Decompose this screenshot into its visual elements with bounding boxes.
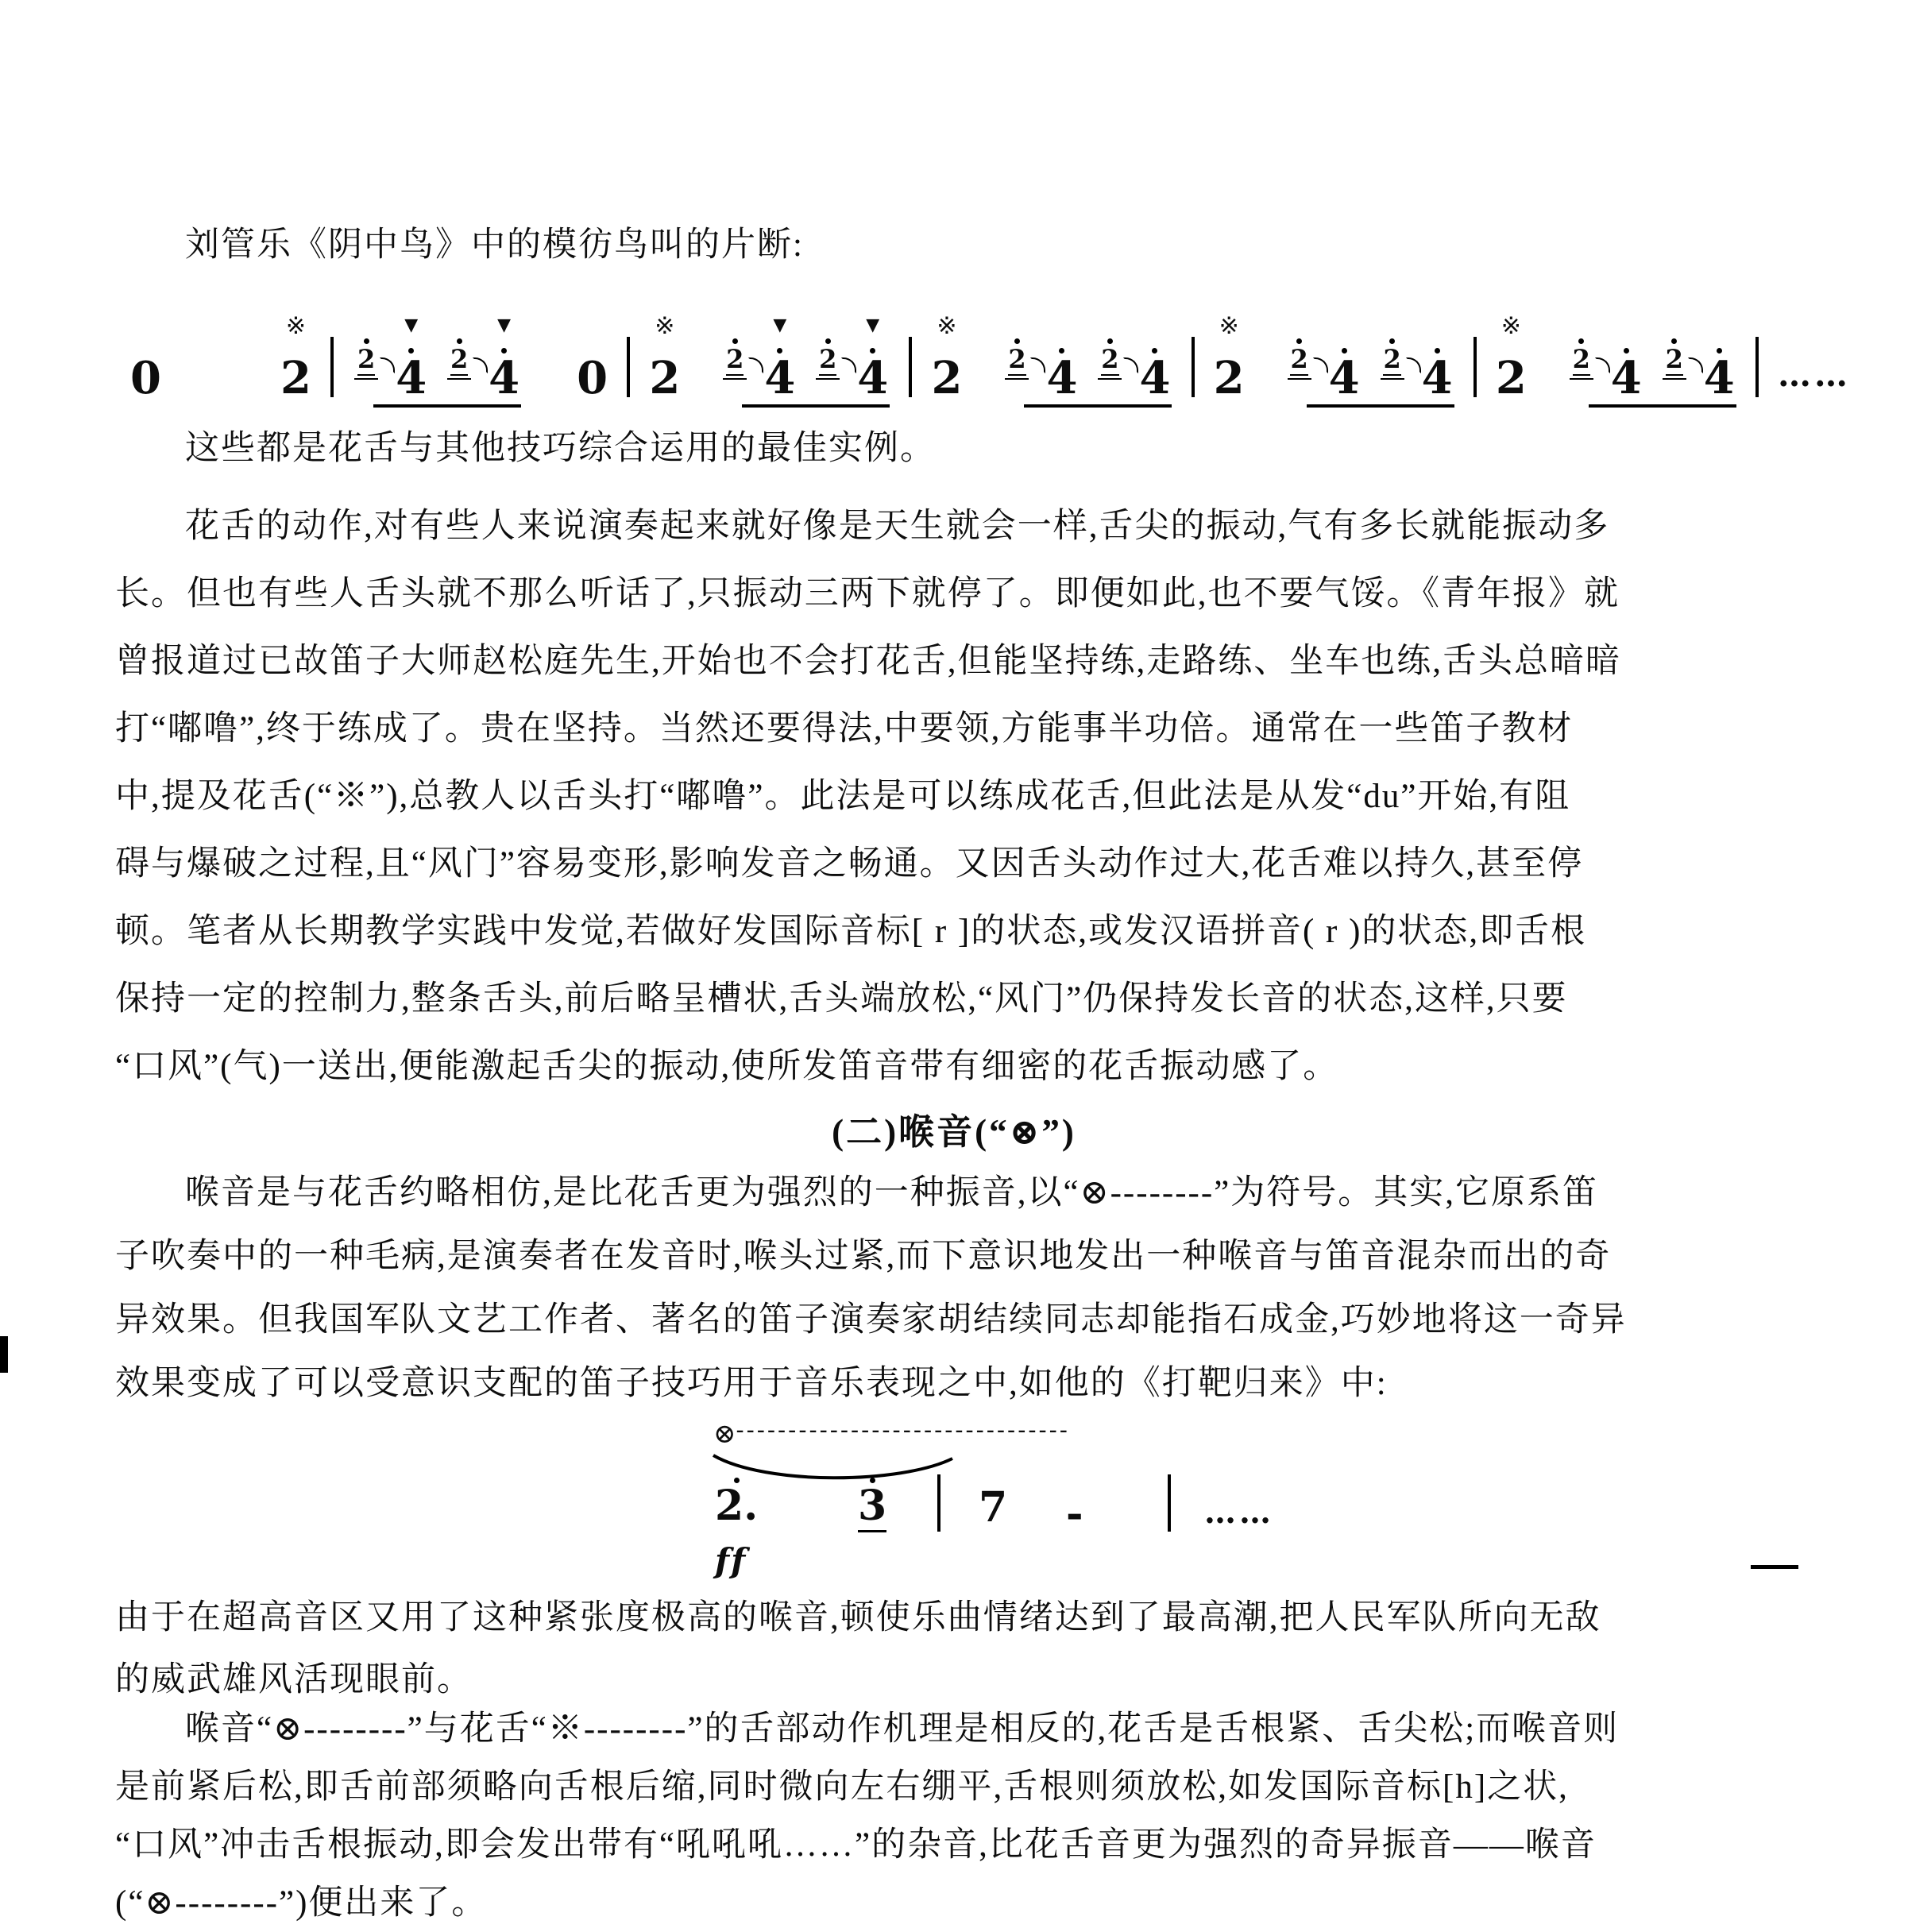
grace-note: 2 xyxy=(1663,338,1686,380)
grace-note: 2 xyxy=(1381,338,1404,380)
dash-extension-line: -------------------------------- xyxy=(736,1419,1070,1443)
grace-underline xyxy=(354,378,378,380)
octave-dot-icon xyxy=(1296,338,1302,344)
grace-note-beat: 2 4 2 4 xyxy=(1568,348,1736,400)
measure-6: ※ 2 2 4 2 4 xyxy=(1496,348,1736,400)
slur-icon xyxy=(1406,357,1421,373)
grace-note-beat: 2 ▼4 2 ▼4 xyxy=(721,348,890,400)
scanned-document-page: 刘管乐《阴中鸟》中的模彷鸟叫的片断: 0 ※ 2 2 ▼4 2 xyxy=(0,0,1908,1932)
text-line: 曾报道过已故笛子大师赵松庭先生,开始也不会打花舌,但能坚持练,走路练、坐车也练,… xyxy=(115,628,1807,695)
grace-underline xyxy=(447,378,471,380)
paragraph-flutter-tongue: 花舌的动作,对有些人来说演奏起来就好像是天生就会一样,舌尖的振动,气有多长就能振… xyxy=(115,493,1807,1100)
grace-underline xyxy=(816,378,840,380)
grace-underline xyxy=(1005,378,1029,380)
grace-group: 2 4 xyxy=(1570,348,1642,400)
text-line: 花舌的动作,对有些人来说演奏起来就好像是天生就会一样,舌尖的振动,气有多长就能振… xyxy=(115,493,1807,560)
slur-icon xyxy=(1595,357,1610,373)
grace-note: 2 xyxy=(1288,338,1311,380)
throat-sound-mark: ⊗ xyxy=(713,1420,736,1447)
octave-dot-icon xyxy=(1578,338,1584,344)
slur-icon xyxy=(1313,357,1328,373)
note-flutter: ※ 2 xyxy=(1496,356,1527,400)
grace-group: 2 ▼4 xyxy=(447,348,519,400)
measure-3: ※ 2 2 ▼4 2 ▼4 xyxy=(649,348,890,400)
text-line: 喉音“⊗--------”与花舌“※--------”的舌部动作机理是相反的,花… xyxy=(115,1700,1807,1758)
grace-group: 2 ▼4 xyxy=(354,348,427,400)
paragraph-comparison: 喉音“⊗--------”与花舌“※--------”的舌部动作机理是相反的,花… xyxy=(115,1700,1807,1932)
octave-dot-icon xyxy=(364,338,369,344)
accent-mark: ▼ xyxy=(404,316,418,334)
barline xyxy=(1168,1474,1171,1532)
score-birdcall: 0 ※ 2 2 ▼4 2 ▼4 0 xyxy=(119,292,1851,412)
text-line: 由于在超高音区又用了这种紧张度极高的喉音,顿使乐曲情绪达到了最高潮,把人民军队所… xyxy=(115,1587,1807,1649)
main-note: 4 xyxy=(1422,348,1453,400)
score-target-return: ⊗-------------------------------- 2. 3 7… xyxy=(699,1420,1303,1587)
grace-group: 2 ▼4 xyxy=(816,348,888,400)
grace-underline xyxy=(1663,378,1686,380)
grace-underline xyxy=(1288,378,1311,380)
text-line: 是前紧后松,即舌前部须略向舌根后缩,同时微向左右绷平,舌根则须放松,如发国际音标… xyxy=(115,1758,1807,1816)
slur-icon xyxy=(1688,357,1703,373)
measure-4: ※ 2 2 4 2 4 xyxy=(932,348,1172,400)
accent-mark: ▼ xyxy=(866,316,879,334)
measure-5: ※ 2 2 4 2 4 xyxy=(1214,348,1454,400)
main-note: ▼4 xyxy=(857,348,888,400)
measure-2: 2 ▼4 2 ▼4 0 xyxy=(353,348,608,400)
text-line: 碍与爆破之过程,且“风门”容易变形,影响发音之畅通。又因舌头动作过大,花舌难以持… xyxy=(115,830,1807,898)
octave-dot-icon xyxy=(1389,338,1395,344)
grace-group: 2 4 xyxy=(1663,348,1735,400)
flutter-tongue-mark: ※ xyxy=(286,315,306,338)
text-line: 中,提及花舌(“※”),总教人以舌头打“嘟噜”。此法是可以练成花舌,但此法是从发… xyxy=(115,763,1807,830)
grace-underline xyxy=(1098,378,1122,380)
main-note: 4 xyxy=(1046,348,1077,400)
text-line: “口风”冲击舌根振动,即会发出带有“吼吼吼……”的杂音,比花舌音更为强烈的奇异振… xyxy=(115,1816,1807,1874)
grace-group: 2 ▼4 xyxy=(723,348,795,400)
flutter-tongue-mark: ※ xyxy=(1219,315,1239,338)
scan-edge-mark xyxy=(0,1336,8,1373)
octave-dot-icon xyxy=(1671,338,1677,344)
slur-icon xyxy=(1123,357,1138,373)
octave-dot-icon xyxy=(457,338,462,344)
paragraph-climax: 由于在超高音区又用了这种紧张度极高的喉音,顿使乐曲情绪达到了最高潮,把人民军队所… xyxy=(115,1587,1807,1711)
grace-group: 2 4 xyxy=(1381,348,1453,400)
note-flutter: ※ 2 xyxy=(280,356,311,400)
octave-dot-icon xyxy=(732,338,738,344)
main-note: ▼4 xyxy=(396,348,427,400)
grace-note: 2 xyxy=(447,338,471,380)
main-note: ▼4 xyxy=(764,348,795,400)
main-note: ▼4 xyxy=(489,348,519,400)
scan-stray-dash xyxy=(1751,1565,1798,1569)
accent-mark: ▼ xyxy=(497,316,511,334)
slur-icon xyxy=(1030,357,1045,373)
text-line: (“⊗--------”)便出来了。 xyxy=(115,1874,1807,1932)
held-note-dash: - xyxy=(1066,1493,1083,1535)
grace-note-beat: 2 ▼4 2 ▼4 xyxy=(353,348,521,400)
grace-note-beat: 2 4 2 4 xyxy=(1286,348,1454,400)
note-2-dotted: 2. xyxy=(715,1478,758,1527)
octave-dot-icon xyxy=(1107,338,1113,344)
grace-underline xyxy=(1381,378,1404,380)
grace-group: 2 4 xyxy=(1288,348,1360,400)
main-note: 4 xyxy=(1704,348,1735,400)
note-3: 3 xyxy=(858,1478,886,1532)
barline xyxy=(1192,337,1195,397)
intro-line: 刘管乐《阴中鸟》中的模彷鸟叫的片断: xyxy=(115,224,1877,267)
text-line: 长。但也有些人舌头就不那么听话了,只振动三两下就停了。即便如此,也不要气馁。《青… xyxy=(115,560,1807,628)
flutter-tongue-mark: ※ xyxy=(1501,315,1521,338)
score-ellipsis: …… xyxy=(1204,1493,1274,1531)
text-line: 顿。笔者从长期教学实践中发觉,若做好发国际音标[ r ]的状态,或发汉语拼音( … xyxy=(115,898,1807,965)
note-rest: 0 xyxy=(577,356,608,400)
barline xyxy=(1755,337,1759,397)
flutter-tongue-mark: ※ xyxy=(655,315,674,338)
text-line: 异效果。但我国军队文艺工作者、著名的笛子演奏家胡结续同志却能指石成金,巧妙地将这… xyxy=(115,1289,1807,1352)
main-note: 4 xyxy=(1611,348,1642,400)
barline xyxy=(330,337,334,397)
slur-icon xyxy=(841,357,856,373)
throat-mark-line: ⊗-------------------------------- xyxy=(713,1420,1070,1447)
accent-mark: ▼ xyxy=(773,316,786,334)
grace-note-beat: 2 4 2 4 xyxy=(1003,348,1172,400)
barline xyxy=(937,1474,940,1532)
text-line: 喉音是与花舌约略相仿,是比花舌更为强烈的一种振音,以“⊗--------”为符号… xyxy=(115,1161,1807,1225)
main-note: 4 xyxy=(1329,348,1360,400)
octave-dot-icon xyxy=(1014,338,1020,344)
grace-note: 2 xyxy=(354,338,378,380)
note-flutter: ※ 2 xyxy=(649,356,680,400)
slur-icon xyxy=(473,357,488,373)
note-flutter: ※ 2 xyxy=(1214,356,1245,400)
grace-note: 2 xyxy=(1005,338,1029,380)
grace-note: 2 xyxy=(1098,338,1122,380)
text-line: “口风”(气)一送出,便能激起舌尖的振动,使所发笛音带有细密的花舌振动感了。 xyxy=(115,1033,1807,1100)
text-line: 子吹奏中的一种毛病,是演奏者在发音时,喉头过紧,而下意识地发出一种喉音与笛音混杂… xyxy=(115,1225,1807,1289)
grace-underline xyxy=(723,378,747,380)
grace-note: 2 xyxy=(1570,338,1593,380)
barline xyxy=(627,337,630,397)
grace-group: 2 4 xyxy=(1098,348,1170,400)
text-line: 打“嘟噜”,终于练成了。贵在坚持。当然还要得法,中要领,方能事半功倍。通常在一些… xyxy=(115,695,1807,763)
note-7: 7 xyxy=(979,1487,1007,1528)
section-heading-throat-sound: (二)喉音(“⊗”) xyxy=(0,1103,1908,1154)
text-line: 效果变成了可以受意识支配的笛子技巧用于音乐表现之中,如他的《打靶归来》中: xyxy=(115,1352,1807,1416)
paragraph-throat-sound: 喉音是与花舌约略相仿,是比花舌更为强烈的一种振音,以“⊗--------”为符号… xyxy=(115,1161,1807,1416)
barline xyxy=(1473,337,1477,397)
grace-note: 2 xyxy=(723,338,747,380)
flutter-tongue-mark: ※ xyxy=(937,315,956,338)
main-note: 4 xyxy=(1139,348,1170,400)
grace-note: 2 xyxy=(816,338,840,380)
octave-dot-icon xyxy=(825,338,831,344)
example-line: 这些都是花舌与其他技巧综合运用的最佳实例。 xyxy=(115,427,1877,470)
score-ellipsis: …… xyxy=(1778,355,1851,394)
grace-group: 2 4 xyxy=(1005,348,1077,400)
measure-1: 0 ※ 2 xyxy=(119,356,311,400)
note-rest: 0 xyxy=(130,356,161,400)
barline xyxy=(909,337,912,397)
text-line: 保持一定的控制力,整条舌头,前后略呈槽状,舌头端放松,“风门”仍保持发长音的状态… xyxy=(115,965,1807,1033)
note-flutter: ※ 2 xyxy=(932,356,963,400)
grace-underline xyxy=(1570,378,1593,380)
slur-icon xyxy=(748,357,763,373)
dynamic-ff: ff xyxy=(715,1541,747,1580)
slur-icon xyxy=(380,357,395,373)
